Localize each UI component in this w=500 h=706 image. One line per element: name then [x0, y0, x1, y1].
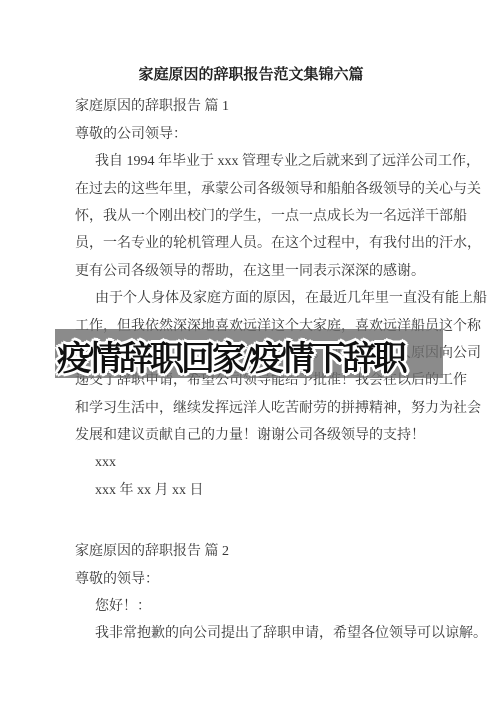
document-line: 员，一名专业的轮机管理人员。在这个过程中，有我付出的汗水， [75, 230, 427, 257]
document-line: 和学习生活中，继续发挥远洋人吃苦耐劳的拼搏精神，努力为社会 [75, 395, 427, 422]
document-line: 家庭原因的辞职报告 篇 1 [75, 93, 427, 120]
document-line: 尊敬的公司领导： [75, 121, 427, 148]
document-line: 怀，我从一个刚出校门的学生，一点一点成长为一名远洋干部船 [75, 203, 427, 230]
document-line [75, 504, 427, 538]
document-line: xxx [75, 449, 427, 476]
watermark-text: 疫情辞职回家/疫情下辞职 [57, 331, 404, 378]
document-line: 我非常抱歉的向公司提出了辞职申请，希望各位领导可以谅解。 [75, 620, 427, 647]
document-line: 更有公司各级领导的帮助，在这里一同表示深深的感谢。 [75, 258, 427, 285]
document-line: 在过去的这些年里，承蒙公司各级领导和船舶各级领导的关心与关 [75, 176, 427, 203]
document-line: 由于个人身体及家庭方面的原因，在最近几年里一直没有能上船 [75, 285, 427, 312]
document-line: 尊敬的领导： [75, 566, 427, 593]
document-line: 家庭原因的辞职报告 篇 2 [75, 538, 427, 565]
document-line: 我自 1994 年毕业于 xxx 管理专业之后就来到了远洋公司工作， [75, 148, 427, 175]
document-line: 您好！： [75, 593, 427, 620]
watermark-banner: 疫情辞职回家/疫情下辞职 [55, 329, 443, 378]
document-title: 家庭原因的辞职报告范文集锦六篇 [75, 64, 427, 93]
document-line: 发展和建议贡献自己的力量！谢谢公司各级领导的支持！ [75, 422, 427, 449]
document-page: 家庭原因的辞职报告范文集锦六篇 家庭原因的辞职报告 篇 1尊敬的公司领导：我自 … [0, 0, 500, 706]
document-line: xxx 年 xx 月 xx 日 [75, 477, 427, 504]
